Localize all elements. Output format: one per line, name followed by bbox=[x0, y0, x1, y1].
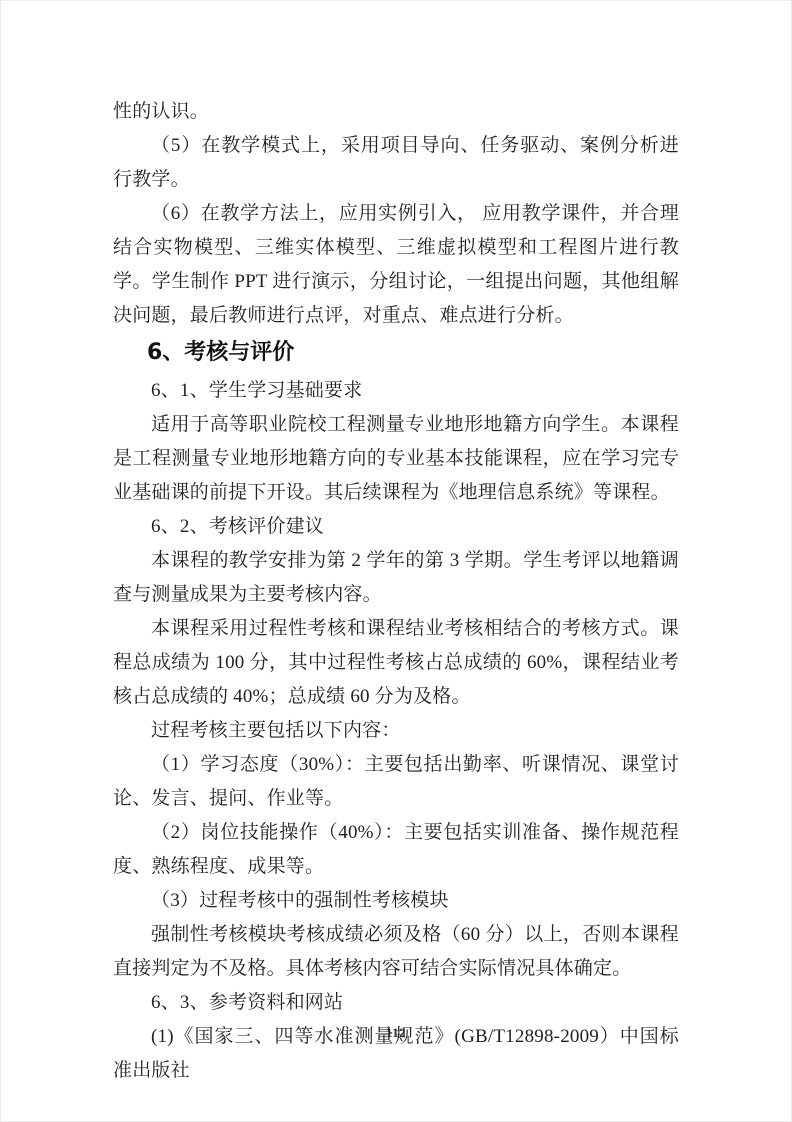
paragraph: （3）过程考核中的强制性考核模块 bbox=[113, 884, 679, 918]
subsection-title: 6、3、参考资料和网站 bbox=[113, 986, 679, 1020]
section-heading: 6、考核与评价 bbox=[113, 334, 679, 372]
paragraph: 性的认识。 bbox=[113, 95, 679, 129]
subsection-title: 6、2、考核评价建议 bbox=[113, 510, 679, 544]
paragraph: （2）岗位技能操作（40%）：主要包括实训准备、操作规范程度、熟练程度、成果等。 bbox=[113, 816, 679, 884]
paragraph: 适用于高等职业院校工程测量专业地形地籍方向学生。本课程是工程测量专业地形地籍方向… bbox=[113, 408, 679, 510]
paragraph: （1）学习态度（30%）：主要包括出勤率、听课情况、课堂讨论、发言、提问、作业等… bbox=[113, 748, 679, 816]
page-number: 112 bbox=[1, 1025, 791, 1041]
paragraph: 本课程采用过程性考核和课程结业考核相结合的考核方式。课程总成绩为 100 分，其… bbox=[113, 612, 679, 714]
paragraph: 强制性考核模块考核成绩必须及格（60 分）以上，否则本课程直接判定为不及格。具体… bbox=[113, 918, 679, 986]
paragraph: 本课程的教学安排为第 2 学年的第 3 学期。学生考评以地籍调查与测量成果为主要… bbox=[113, 544, 679, 612]
document-content: 性的认识。 （5）在教学模式上，采用项目导向、任务驱动、案例分析进行教学。 （6… bbox=[113, 95, 679, 1088]
document-page: 性的认识。 （5）在教学模式上，采用项目导向、任务驱动、案例分析进行教学。 （6… bbox=[0, 0, 792, 1122]
paragraph: （5）在教学模式上，采用项目导向、任务驱动、案例分析进行教学。 bbox=[113, 129, 679, 197]
subsection-title: 6、1、学生学习基础要求 bbox=[113, 374, 679, 408]
paragraph: （6）在教学方法上，应用实例引入， 应用教学课件，并合理结合实物模型、三维实体模… bbox=[113, 197, 679, 333]
paragraph: 过程考核主要包括以下内容： bbox=[113, 714, 679, 748]
